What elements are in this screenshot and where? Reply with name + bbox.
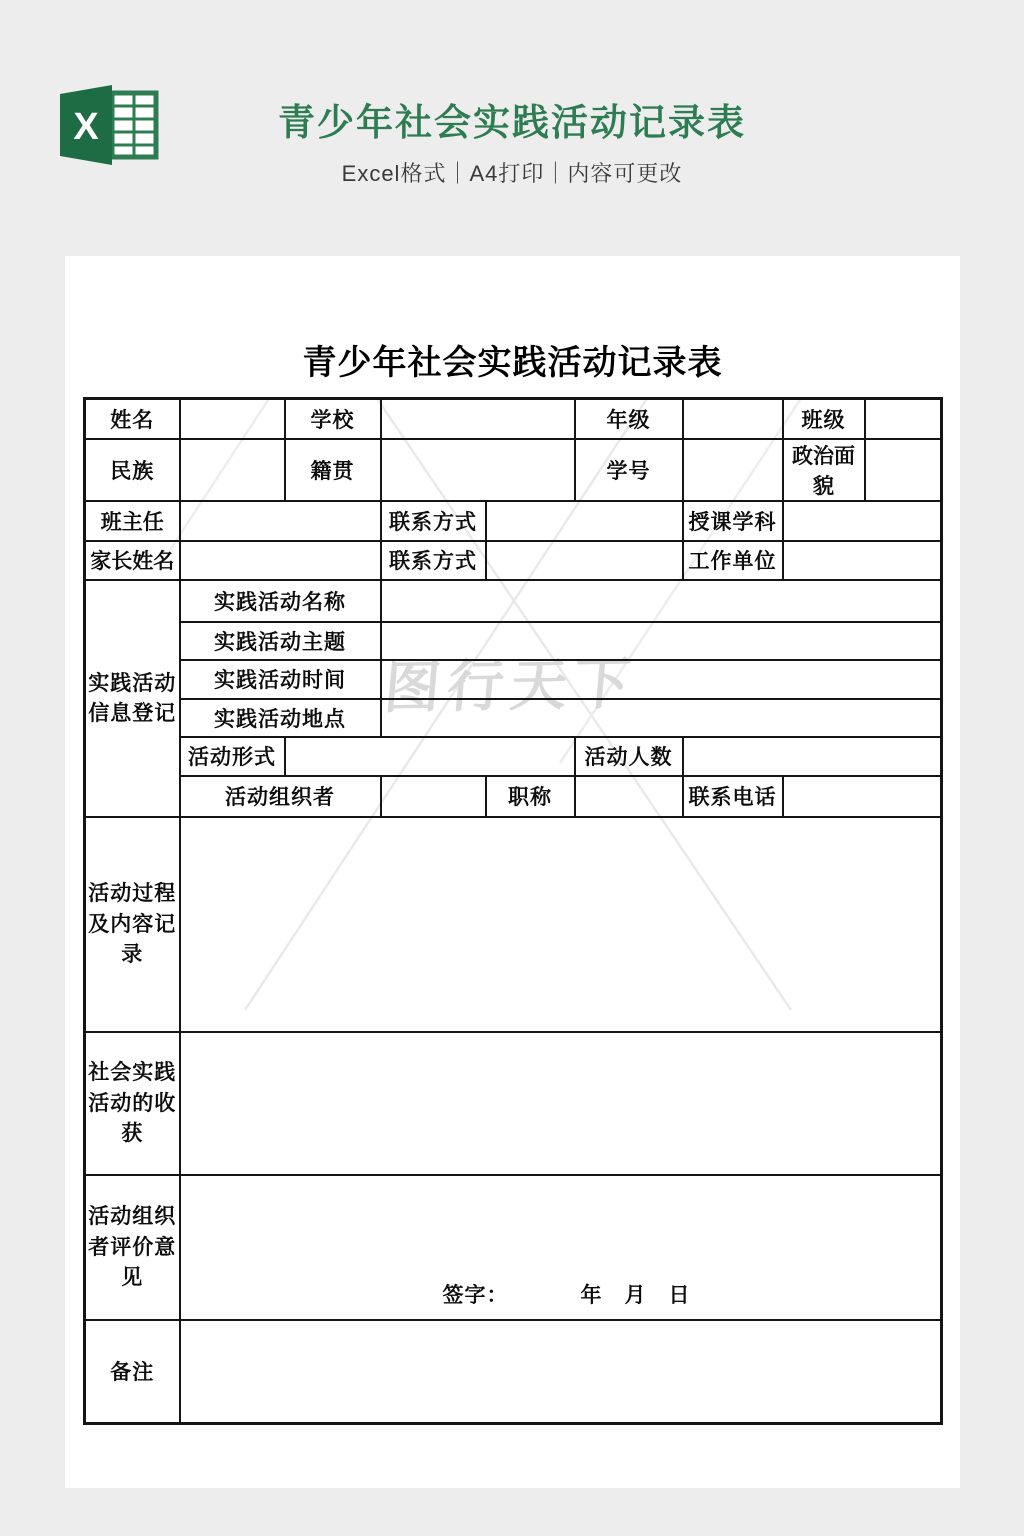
table-row: 实践活动地点 (85, 699, 942, 737)
field-head-teacher-contact-blank (486, 501, 683, 541)
table-row: 实践活动时间 (85, 660, 942, 699)
field-work-unit-blank (783, 541, 942, 580)
field-activity-theme-blank (381, 622, 942, 660)
table-row: 社会实践 活动的收 获 (85, 1032, 942, 1175)
label-organizer: 活动组织者 (180, 776, 381, 817)
label-political-status: 政治面貌 (783, 439, 865, 501)
field-political-status-blank (865, 439, 942, 501)
promo-title: 青少年社会实践活动记录表 (0, 92, 1024, 146)
table-row: 民族 籍贯 学号 政治面貌 (85, 439, 942, 501)
section-label-remarks: 备注 (85, 1320, 180, 1424)
field-activity-name-blank (381, 580, 942, 622)
table-row: 活动过程 及内容记 录 (85, 817, 942, 1032)
field-name-blank (180, 399, 285, 439)
label-school: 学校 (285, 399, 381, 439)
section-label-evaluation: 活动组织 者评价意 见 (85, 1175, 180, 1320)
table-row: 备注 (85, 1320, 942, 1424)
label-grade: 年级 (575, 399, 683, 439)
label-class: 班级 (783, 399, 865, 439)
label-activity-place: 实践活动地点 (180, 699, 381, 737)
field-head-teacher-blank (180, 501, 381, 541)
field-evaluation-blank: 签字： 年 月 日 (180, 1175, 942, 1320)
table-row: 活动组织者 职称 联系电话 (85, 776, 942, 817)
label-work-unit: 工作单位 (683, 541, 783, 580)
table-row: 家长姓名 联系方式 工作单位 (85, 541, 942, 580)
promo-canvas: X 青少年社会实践活动记录表 Excel格式｜A4打印｜内容可更改 图行天下 青… (0, 0, 1024, 1536)
field-contact-phone-blank (783, 776, 942, 817)
form-title: 青少年社会实践活动记录表 (65, 335, 960, 384)
section-label-process-record: 活动过程 及内容记 录 (85, 817, 180, 1032)
field-organizer-title-blank (575, 776, 683, 817)
label-teaching-subject: 授课学科 (683, 501, 783, 541)
table-row: 活动组织 者评价意 见 签字： 年 月 日 (85, 1175, 942, 1320)
label-native-place: 籍贯 (285, 439, 381, 501)
table-row: 实践活动 信息登记 实践活动名称 (85, 580, 942, 622)
table-row: 实践活动主题 (85, 622, 942, 660)
field-participant-count-blank (683, 737, 942, 776)
field-class-blank (865, 399, 942, 439)
field-parent-name-blank (180, 541, 381, 580)
field-organizer-blank (381, 776, 486, 817)
label-parent-name: 家长姓名 (85, 541, 180, 580)
section-label-activity-info: 实践活动 信息登记 (85, 580, 180, 817)
field-ethnicity-blank (180, 439, 285, 501)
field-remarks-blank (180, 1320, 942, 1424)
label-contact-phone: 联系电话 (683, 776, 783, 817)
table-row: 活动形式 活动人数 (85, 737, 942, 776)
field-grade-blank (683, 399, 783, 439)
label-organizer-title: 职称 (486, 776, 575, 817)
label-student-no: 学号 (575, 439, 683, 501)
section-label-harvest: 社会实践 活动的收 获 (85, 1032, 180, 1175)
signature-label: 签字： (443, 1279, 509, 1309)
field-native-place-blank (381, 439, 575, 501)
field-parent-contact-blank (486, 541, 683, 580)
field-activity-place-blank (381, 699, 942, 737)
document-page: 图行天下 青少年社会实践活动记录表 姓名 学校 年级 班级 民族 (65, 256, 960, 1488)
field-process-record-blank (180, 817, 942, 1032)
label-head-teacher: 班主任 (85, 501, 180, 541)
record-form-table: 姓名 学校 年级 班级 民族 籍贯 学号 政治面貌 (83, 397, 943, 1425)
field-activity-time-blank (381, 660, 942, 699)
promo-subtitle: Excel格式｜A4打印｜内容可更改 (0, 157, 1024, 188)
label-activity-name: 实践活动名称 (180, 580, 381, 622)
field-activity-form-blank (285, 737, 575, 776)
table-row: 班主任 联系方式 授课学科 (85, 501, 942, 541)
label-activity-time: 实践活动时间 (180, 660, 381, 699)
table-row: 姓名 学校 年级 班级 (85, 399, 942, 439)
field-student-no-blank (683, 439, 783, 501)
label-activity-form: 活动形式 (180, 737, 285, 776)
field-teaching-subject-blank (783, 501, 942, 541)
field-harvest-blank (180, 1032, 942, 1175)
label-activity-theme: 实践活动主题 (180, 622, 381, 660)
label-ethnicity: 民族 (85, 439, 180, 501)
label-name: 姓名 (85, 399, 180, 439)
label-head-teacher-contact: 联系方式 (381, 501, 486, 541)
label-participant-count: 活动人数 (575, 737, 683, 776)
signature-date-placeholders: 年 月 日 (581, 1279, 691, 1309)
field-school-blank (381, 399, 575, 439)
label-parent-contact: 联系方式 (381, 541, 486, 580)
